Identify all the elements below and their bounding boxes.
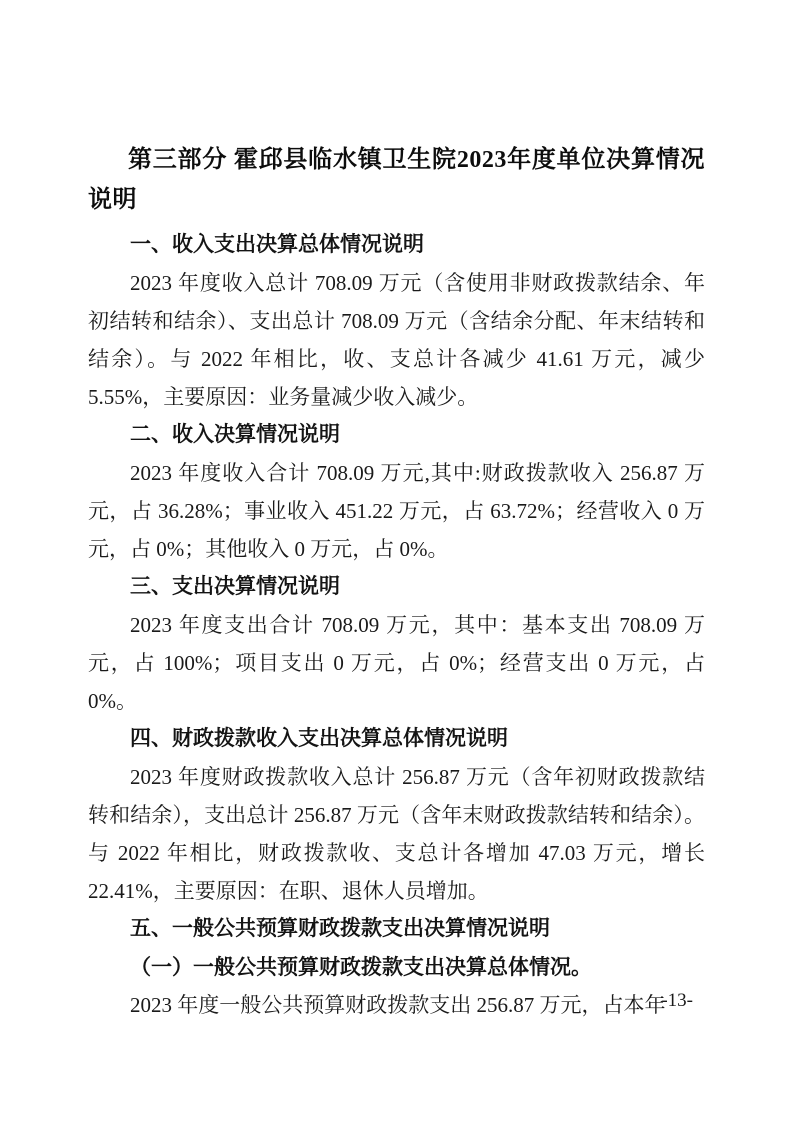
- section-2-heading: 二、收入决算情况说明: [88, 416, 705, 454]
- section-4-paragraph: 2023 年度财政拨款收入总计 256.87 万元（含年初财政拨款结转和结余），…: [88, 758, 705, 910]
- section-2-paragraph: 2023 年度收入合计 708.09 万元,其中:财政拨款收入 256.87 万…: [88, 454, 705, 568]
- section-5-subheading: （一）一般公共预算财政拨款支出决算总体情况。: [88, 948, 705, 986]
- section-3-paragraph: 2023 年度支出合计 708.09 万元，其中：基本支出 708.09 万元，…: [88, 606, 705, 720]
- document-page: 第三部分 霍邱县临水镇卫生院2023年度单位决算情况说明 一、收入支出决算总体情…: [0, 0, 793, 1122]
- document-content: 第三部分 霍邱县临水镇卫生院2023年度单位决算情况说明 一、收入支出决算总体情…: [88, 140, 705, 1024]
- section-4-heading: 四、财政拨款收入支出决算总体情况说明: [88, 720, 705, 758]
- section-5-paragraph: 2023 年度一般公共预算财政拨款支出 256.87 万元，占本年: [88, 986, 705, 1024]
- section-3-heading: 三、支出决算情况说明: [88, 568, 705, 606]
- section-1-heading: 一、收入支出决算总体情况说明: [88, 226, 705, 264]
- section-5-heading: 五、一般公共预算财政拨款支出决算情况说明: [88, 910, 705, 948]
- document-title: 第三部分 霍邱县临水镇卫生院2023年度单位决算情况说明: [88, 140, 705, 220]
- page-number: -13-: [661, 990, 693, 1012]
- section-1-paragraph: 2023 年度收入总计 708.09 万元（含使用非财政拨款结余、年初结转和结余…: [88, 264, 705, 416]
